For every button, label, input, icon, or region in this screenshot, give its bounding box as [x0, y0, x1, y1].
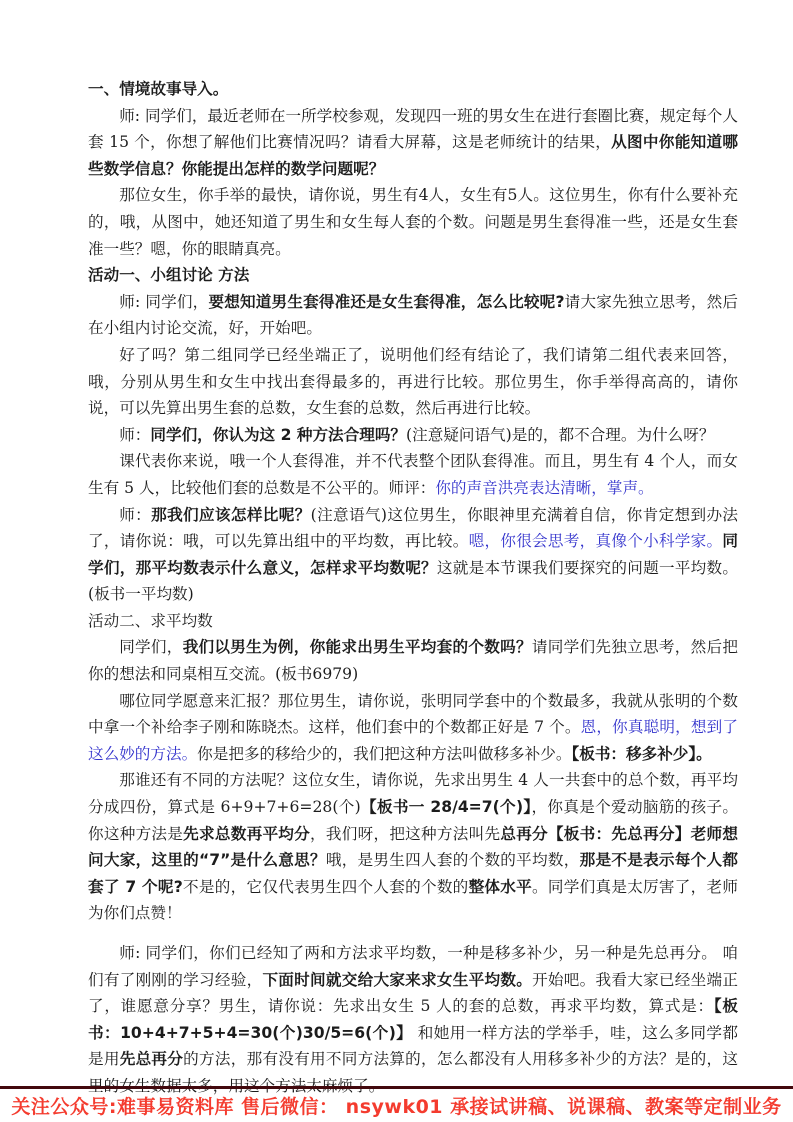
emphasis-text: 先总再分	[120, 1050, 183, 1068]
section-heading: 活动一、小组讨论 方法	[88, 262, 738, 289]
emphasis-text: 要想知道男生套得准还是女生套得准，怎么比较呢?	[208, 293, 564, 311]
paragraph: 师: 同学们，最近老师在一所学校参观，发现四一班的男女生在进行套圈比赛，规定每个…	[88, 103, 738, 183]
emphasis-text: 下面时间就交给大家来求女生平均数。	[262, 971, 532, 989]
emphasis-text: 一、情境故事导入。	[88, 80, 228, 98]
text-run: 哦，是男生四人套的个数的平均数，	[326, 851, 580, 869]
text-run: (注意疑问语气)是的，都不合理。为什么呀？	[406, 426, 714, 444]
paragraph: 师: 同学们，你们已经知了两和方法求平均数，一种是移多补少，另一种是先总再分。 …	[88, 940, 738, 1100]
text-run: ，我们呀，把这种方法叫先	[310, 825, 500, 843]
footer-promo-text: 关注公众号:难事易资料库 售后微信： nsywk01 承接试讲稿、说课稿、教案等…	[0, 1090, 793, 1120]
section-heading: 一、情境故事导入。	[88, 76, 738, 103]
paragraph: 师: 同学们，要想知道男生套得准还是女生套得准，怎么比较呢?请大家先独立思考，然…	[88, 289, 738, 342]
paragraph: 那位女生，你手举的最快，请你说，男生有4人，女生有5人。这位男生，你有什么要补充…	[88, 182, 738, 262]
emphasis-text: 先求总数再平均分	[183, 825, 310, 843]
paragraph: 师：那我们应该怎样比呢？(注意语气)这位男生，你眼神里充满着自信，你肯定想到办法…	[88, 502, 738, 608]
footer-divider-bar	[0, 1086, 793, 1089]
paragraph: 同学们，我们以男生为例，你能求出男生平均套的个数吗？请同学们先独立思考，然后把你…	[88, 634, 738, 687]
paragraph: 哪位同学愿意来汇报？那位男生，请你说，张明同学套中的个数最多，我就从张明的个数中…	[88, 688, 738, 768]
text-run: 你是把多的移给少的，我们把这种方法叫做移多补少。	[197, 745, 571, 763]
text-run: 同学们，	[119, 638, 183, 656]
emphasis-text: 活动一、小组讨论 方法	[88, 266, 249, 284]
paragraph: 那谁还有不同的方法呢？这位女生，请你说，先求出男生 4 人一共套中的总个数，再平…	[88, 767, 738, 927]
paragraph: 师：同学们，你认为这 2 种方法合理吗？(注意疑问语气)是的，都不合理。为什么呀…	[88, 422, 738, 449]
text-run: 好了吗？第二组同学已经坐端正了，说明他们经有结论了，我们请第二组代表来回答，哦，…	[88, 346, 738, 417]
teacher-feedback-text: 嗯，你很会思考，真像个小科学家。	[469, 532, 723, 550]
text-run: 师：	[119, 426, 150, 444]
text-run: 那位女生，你手举的最快，请你说，男生有4人，女生有5人。这位男生，你有什么要补充…	[88, 186, 738, 257]
document-page: 一、情境故事导入。师: 同学们，最近老师在一所学校参观，发现四一班的男女生在进行…	[0, 0, 793, 1122]
text-run: 不是的，它仅代表男生四个人套的个数的	[183, 878, 469, 896]
emphasis-text: 整体水平	[469, 878, 532, 896]
paragraph: 好了吗？第二组同学已经坐端正了，说明他们经有结论了，我们请第二组代表来回答，哦，…	[88, 342, 738, 422]
text-run: 活动二、求平均数	[88, 612, 213, 630]
paragraph: 活动二、求平均数	[88, 608, 738, 635]
teacher-feedback-text: 你的声音洪亮表达清晰，掌声。	[435, 479, 653, 497]
paragraph: 课代表你来说，哦一个人套得准，并不代表整个团队套得准。而且，男生有 4 个人，而…	[88, 448, 738, 501]
emphasis-text: 那我们应该怎样比呢？	[151, 506, 311, 524]
document-body: 一、情境故事导入。师: 同学们，最近老师在一所学校参观，发现四一班的男女生在进行…	[88, 76, 738, 1100]
text-run: 师：	[119, 506, 151, 524]
text-run: 师: 同学们，	[119, 293, 208, 311]
emphasis-text: 同学们，你认为这 2 种方法合理吗？	[150, 426, 406, 444]
emphasis-text: 【板书：移多补少】。	[571, 745, 711, 763]
emphasis-text: 我们以男生为例，你能求出男生平均套的个数吗？	[183, 638, 532, 656]
emphasis-text: 【板书一 28/4=7(个)】	[361, 798, 532, 816]
